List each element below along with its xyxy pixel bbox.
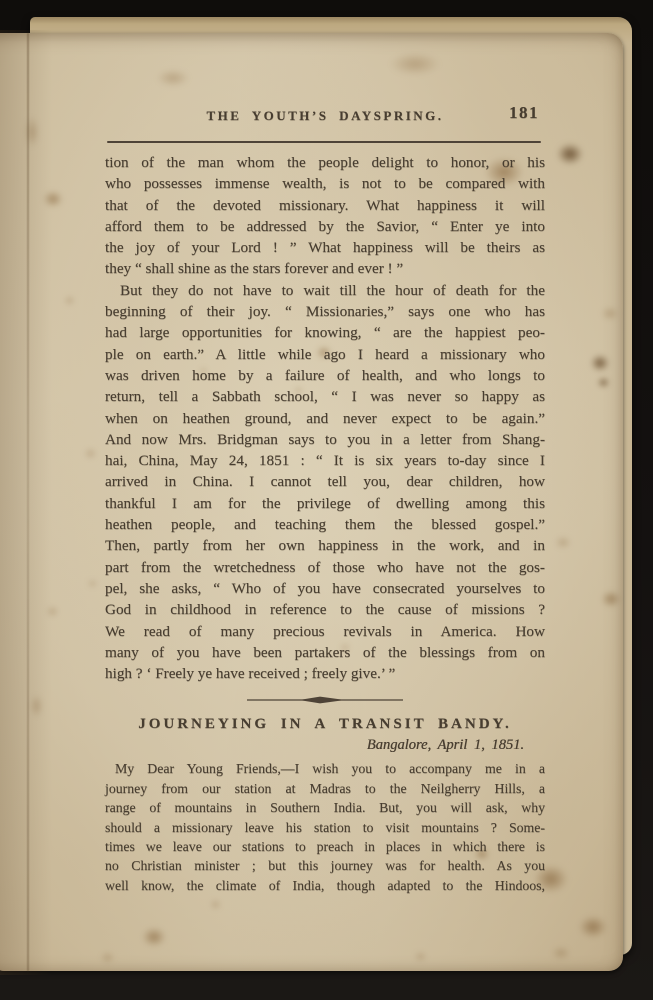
text-line: had large opportunities for knowing, “ a… [105, 322, 545, 343]
stain [574, 912, 612, 942]
paragraph: My Dear Young Friends,—I wish you to acc… [105, 759, 545, 895]
text-line: beginning of their joy. “ Missionaries,”… [105, 301, 545, 322]
text-line: times we leave our stations to preach in… [105, 837, 545, 856]
stain [548, 944, 574, 962]
stain [22, 110, 42, 154]
diamond-rule-icon [247, 695, 403, 705]
printed-text-column: THE YOUTH’S DAYSPRING. 181 tion of the m… [105, 103, 545, 895]
article-heading: JOURNEYING IN A TRANSIT BANDY. [105, 716, 545, 733]
article-continuation-text: tion of the man whom the people delight … [105, 152, 545, 684]
text-line: the joy of your Lord ! ” What happiness … [105, 237, 545, 258]
text-line: ple on earth.” A little while ago I hear… [105, 344, 545, 365]
stain [596, 376, 611, 389]
running-header: THE YOUTH’S DAYSPRING. 181 [105, 103, 545, 129]
letter-text: My Dear Young Friends,—I wish you to acc… [105, 759, 545, 895]
header-rule [107, 141, 541, 143]
text-line: high ? ‘ Freely ye have received ; freel… [105, 663, 545, 684]
text-line: tion of the man whom the people delight … [105, 152, 545, 173]
text-line: return, tell a Sabbath school, “ I was n… [105, 386, 545, 407]
text-line: range of mountains in Southern India. Bu… [105, 798, 545, 817]
text-line: they “ shall shine as the stars forever … [105, 258, 545, 279]
text-line: no Christian minister ; but this journey… [105, 856, 545, 875]
diamond-rule-ornament [247, 692, 403, 702]
text-line: heathen people, and teaching them the bl… [105, 514, 545, 535]
text-line: many of you have been partakers of the b… [105, 642, 545, 663]
text-line: when on heathen ground, and never expect… [105, 408, 545, 429]
stain [40, 188, 66, 210]
article-dateline: Bangalore, April 1, 1851. [105, 737, 545, 754]
text-line: part from the wretchedness of those who … [105, 557, 545, 578]
stain [598, 304, 622, 323]
text-line: My Dear Young Friends,—I wish you to acc… [105, 759, 545, 778]
binding-crease [27, 33, 29, 971]
stain [150, 66, 196, 90]
stain [44, 604, 61, 619]
text-line: journey from our station at Madras to th… [105, 779, 545, 798]
paragraph: But they do not have to wait till the ho… [105, 280, 545, 685]
text-line: Then, partly from her own happiness in t… [105, 535, 545, 556]
stain [598, 588, 624, 610]
stain [553, 140, 587, 168]
stain [588, 352, 612, 374]
text-line: that of the devoted missionary. What hap… [105, 195, 545, 216]
journal-title: THE YOUTH’S DAYSPRING. [206, 108, 443, 124]
stain [380, 48, 450, 80]
stain [552, 534, 574, 551]
text-line: well know, the climate of India, though … [105, 876, 545, 895]
photograph-background: { "colors": { "paper": "#d7caae", "ink":… [0, 0, 653, 1000]
text-line: God in childhood in reference to the cau… [105, 599, 545, 620]
stain [208, 898, 223, 911]
stain [62, 294, 77, 307]
text-line: afford them to be addressed by the Savio… [105, 216, 545, 237]
binding-gutter-shadow [0, 30, 52, 975]
stain [28, 690, 45, 722]
text-line: was driven home by a failure of health, … [105, 365, 545, 386]
stain [412, 950, 429, 963]
text-line: thankful I am for the privilege of dwell… [105, 493, 545, 514]
page-number: 181 [509, 103, 539, 123]
text-line: pel, she asks, “ Who of you have consecr… [105, 578, 545, 599]
text-line: But they do not have to wait till the ho… [105, 280, 545, 301]
stain [82, 446, 99, 461]
paragraph: tion of the man whom the people delight … [105, 152, 545, 280]
text-line: We read of many precious revivals in Ame… [105, 621, 545, 642]
text-line: hai, China, May 24, 1851 : “ It is six y… [105, 450, 545, 471]
text-line: arrived in China. I cannot tell you, dea… [105, 471, 545, 492]
stain [86, 578, 99, 589]
text-line: And now Mrs. Bridgman says to you in a l… [105, 429, 545, 450]
stain [138, 924, 170, 950]
text-line: should a missionary leave his station to… [105, 818, 545, 837]
stain [98, 950, 117, 965]
text-line: who possesses immense wealth, is not to … [105, 173, 545, 194]
